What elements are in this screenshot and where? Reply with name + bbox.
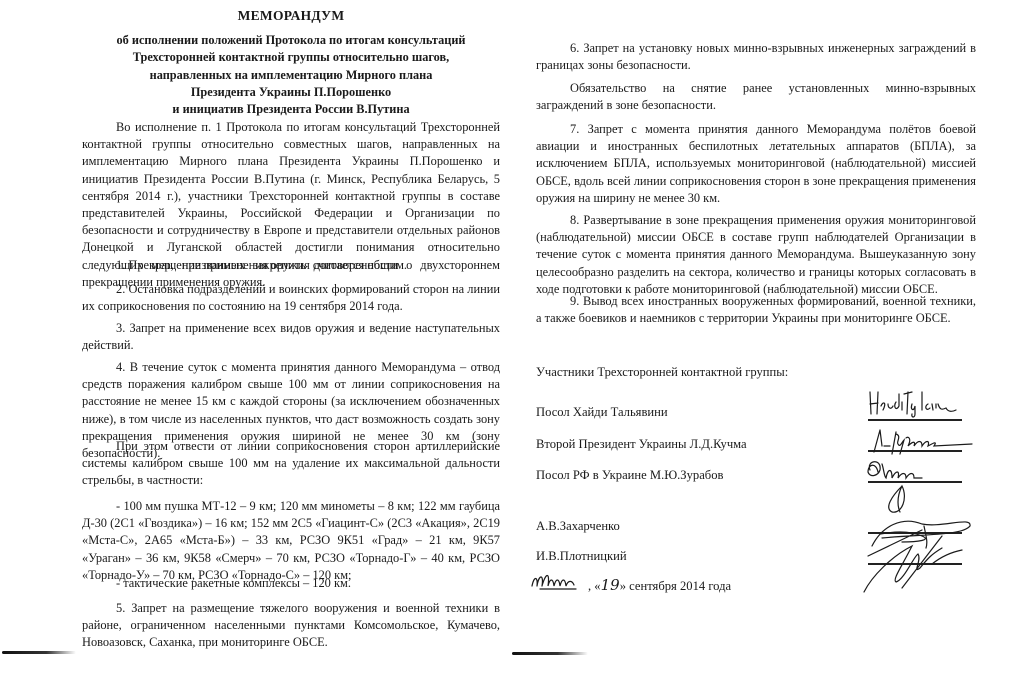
scan-edge-mark [2,651,76,654]
signature-line-tagliavini [868,419,962,421]
point-2: 2. Остановка подразделений и воинских фо… [82,281,500,315]
subtitle-line: и инициатив Президента России В.Путина [82,101,500,118]
point-3: 3. Запрет на применение всех видов оружи… [82,320,500,354]
point-1: 1. Прекращение применения оружия считает… [82,257,500,274]
subtitle-line: Президента Украины П.Порошенко [82,84,500,101]
signature-kuchma-icon [872,424,982,456]
date-open-quote: , « [588,579,601,593]
signature-tagliavini-icon [866,388,976,418]
point-4-artillery: При этом отвести от линии соприкосновени… [82,438,500,490]
date-month-year: » сентября 2014 года [620,579,731,593]
document-subtitle: об исполнении положений Протокола по ито… [82,32,500,118]
signatory-zakharchenko: А.В.Захарченко [536,519,620,534]
point-4-artillery-list: - 100 мм пушка МТ-12 – 9 км; 120 мм мино… [82,498,500,584]
subtitle-line: об исполнении положений Протокола по ито… [82,32,500,49]
signatory-zurabov: Посол РФ в Украине М.Ю.Зурабов [536,468,723,483]
subtitle-line: Трехсторонней контактной группы относите… [82,49,500,66]
signature-zurabov-zakharchenko-plotnitsky-icon [862,456,972,596]
handwritten-initials-icon [530,568,590,594]
point-8: 8. Развертывание в зоне прекращения прим… [536,212,976,298]
point-4-tactical-missiles: - тактические ракетные комплексы – 120 к… [82,575,500,592]
subtitle-line: направленных на имплементацию Мирного пл… [82,67,500,84]
signatory-kuchma: Второй Президент Украины Л.Д.Кучма [536,437,747,452]
point-7: 7. Запрет с момента принятия данного Мем… [536,121,976,207]
point-6: 6. Запрет на установку новых минно-взрыв… [536,40,976,74]
signatory-tagliavini: Посол Хайди Тальявини [536,405,668,420]
signing-date: , «19» сентября 2014 года [588,576,731,594]
participants-heading: Участники Трехсторонней контактной групп… [536,365,788,380]
date-day-handwritten: 19 [601,576,620,594]
memorandum-page-left: МЕМОРАНДУМ об исполнении положений Прото… [82,0,500,677]
point-6-obligation: Обязательство на снятие ранее установлен… [536,80,976,114]
point-5: 5. Запрет на размещение тяжелого вооруже… [82,600,500,652]
signatory-plotnitsky: И.В.Плотницкий [536,549,627,564]
point-9: 9. Вывод всех иностранных вооруженных фо… [536,293,976,327]
document-title: МЕМОРАНДУМ [82,8,500,24]
scan-edge-mark [512,652,588,655]
